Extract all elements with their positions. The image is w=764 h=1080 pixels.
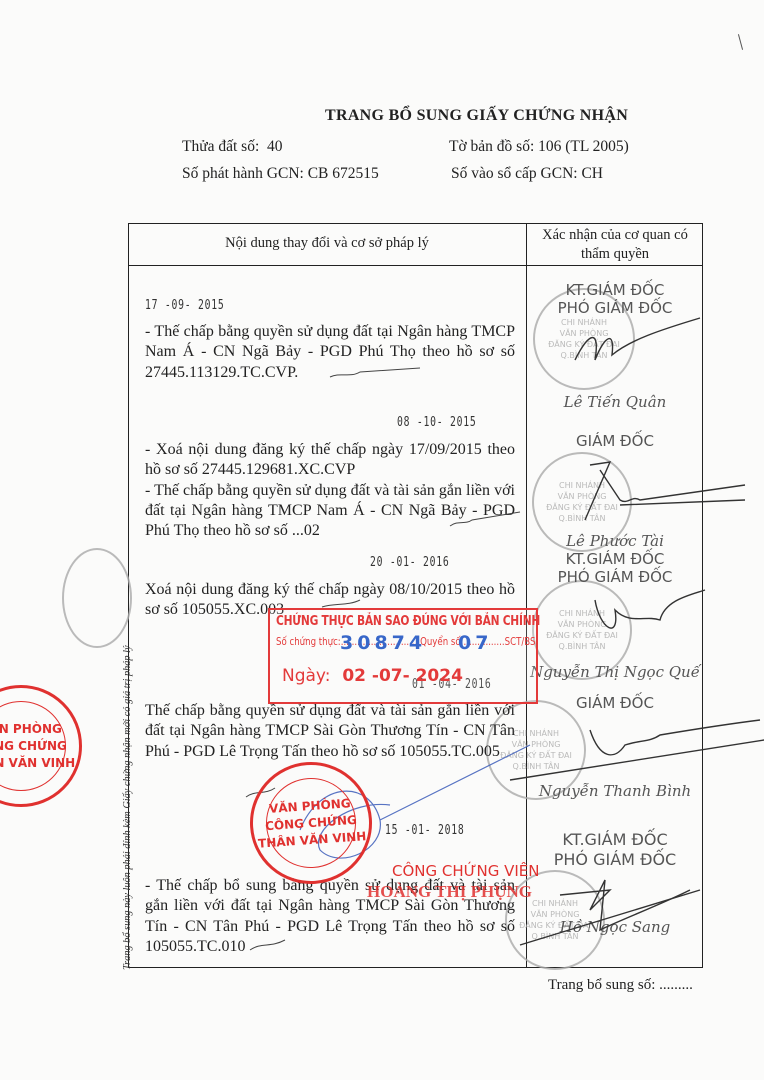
gcn-issue-value: CB 672515	[308, 165, 379, 182]
gcn-issue-number: Số phát hành GCN: CB 672515	[182, 165, 379, 183]
parcel-number-value: 40	[267, 138, 283, 155]
entry-text: - Xoá nội dung đăng ký thế chấp ngày 17/…	[145, 440, 515, 541]
authorization-title: KT.GIÁM ĐỐCPHÓ GIÁM ĐỐC	[528, 830, 702, 870]
map-sheet-label: Tờ bản đồ số:	[449, 138, 534, 155]
entry-date: 20 -01- 2016	[370, 555, 449, 570]
notary-title: CÔNG CHỨNG VIÊN	[392, 862, 540, 880]
notary-office-seal-partial: VĂN PHÒNG CÔNG CHỨNG THÂN VĂN VINH	[0, 685, 82, 807]
notary-name: HOÀNG THỊ PHỤNG	[367, 882, 532, 902]
signer-name: Hồ Ngọc Sang	[528, 918, 702, 936]
column-header-changes: Nội dung thay đổi và cơ sở pháp lý	[128, 235, 526, 252]
map-sheet: Tờ bản đồ số: 106 (TL 2005)	[449, 138, 629, 156]
map-sheet-value: 106 (TL 2005)	[538, 138, 629, 155]
authorization-title: GIÁM ĐỐC	[528, 432, 702, 450]
signer-name: Lê Tiến Quân	[528, 393, 702, 411]
authorization-title: GIÁM ĐỐC	[528, 694, 702, 712]
table-column-divider	[526, 223, 527, 968]
entry-date: 17 -09- 2015	[145, 298, 224, 313]
certification-title: CHỨNG THỰC BẢN SAO ĐÚNG VỚI BẢN CHÍNH	[276, 614, 540, 629]
certification-stamp: CHỨNG THỰC BẢN SAO ĐÚNG VỚI BẢN CHÍNH Số…	[268, 608, 538, 704]
signer-name: Nguyễn Thanh Bình	[528, 782, 702, 800]
gcn-issue-label: Số phát hành GCN:	[182, 165, 304, 182]
scan-mark	[738, 34, 743, 50]
side-note: Trang bổ sung này luôn phải đính kèm Giấ…	[122, 645, 133, 970]
table-header-divider	[128, 265, 703, 266]
signer-name: Lê Phước Tài	[528, 532, 702, 550]
entry-text: - Thế chấp bằng quyền sử dụng đất tại Ng…	[145, 322, 515, 383]
supplement-page-number: Trang bổ sung số: .........	[548, 977, 693, 994]
gcn-register-number: Số vào sổ cấp GCN: CH	[451, 165, 603, 183]
page-number-label: Trang bổ sung số:	[548, 977, 655, 993]
entry-text-line: - Thế chấp bằng quyền sử dụng đất và tài…	[145, 481, 515, 542]
certification-date: Ngày: 02 -07- 2024	[282, 666, 463, 686]
parcel-number-label: Thửa đất số:	[182, 138, 259, 155]
entry-text-line: - Xoá nội dung đăng ký thế chấp ngày 17/…	[145, 440, 515, 481]
entry-date: 08 -10- 2015	[397, 415, 476, 430]
entry-date: 15 -01- 2018	[385, 823, 464, 838]
document-title: TRANG BỔ SUNG GIẤY CHỨNG NHẬN	[325, 107, 628, 125]
gcn-register-value: CH	[581, 165, 603, 182]
gcn-register-label: Số vào sổ cấp GCN:	[451, 165, 578, 182]
column-header-authorization: Xác nhận của cơ quan có thẩm quyền	[527, 226, 703, 264]
land-office-seal-partial	[62, 548, 132, 648]
parcel-number: Thửa đất số: 40	[182, 138, 283, 156]
certification-number: 30874 07	[340, 632, 492, 654]
authorization-title: KT.GIÁM ĐỐCPHÓ GIÁM ĐỐC	[528, 281, 702, 317]
authorization-title: KT.GIÁM ĐỐCPHÓ GIÁM ĐỐC	[528, 550, 702, 586]
page-number-value: .........	[659, 977, 693, 993]
entry-text: Thế chấp bằng quyền sử dụng đất và tài s…	[145, 701, 515, 762]
signer-name: Nguyễn Thị Ngọc Quế	[520, 663, 710, 681]
